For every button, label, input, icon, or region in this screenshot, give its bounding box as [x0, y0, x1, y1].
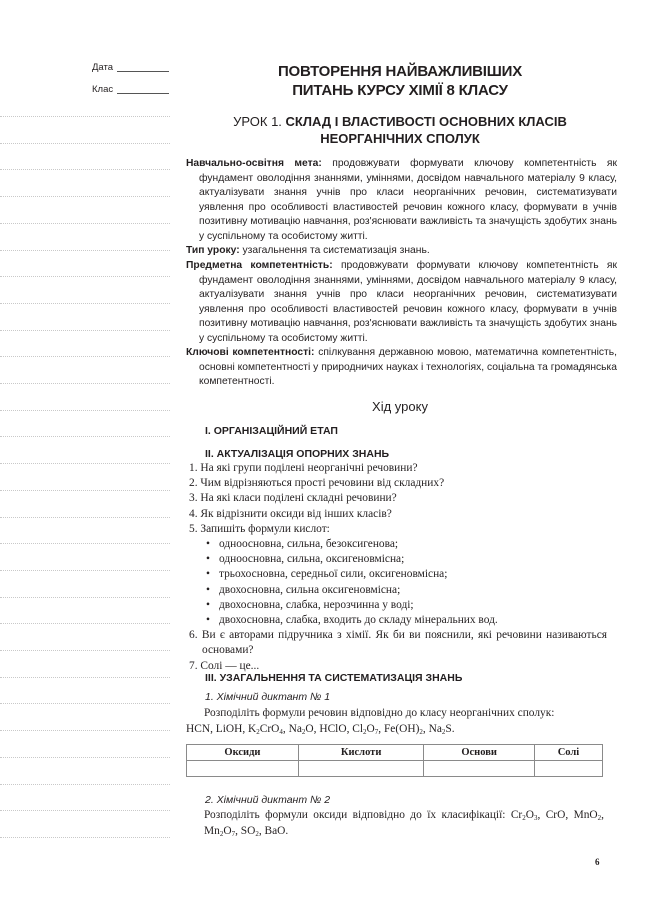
formula: Na2S: [429, 723, 452, 735]
note-line[interactable]: [0, 436, 170, 437]
formula: BaO: [265, 825, 286, 837]
acid-bullet: одноосновна, сильна, оксигеновмісна;: [189, 552, 607, 567]
formula: HCN: [186, 723, 210, 735]
acid-bullet: двохосновна, слабка, нерозчинна у воді;: [189, 598, 607, 613]
title-line-2: ПИТАНЬ КУРСУ ХІМІЇ 8 КЛАСУ: [190, 81, 610, 100]
note-line[interactable]: [0, 303, 170, 304]
note-line[interactable]: [0, 757, 170, 758]
formula: K2CrO4: [248, 723, 283, 735]
goal-text: продовжувати формувати ключову компетент…: [199, 158, 617, 242]
table-header-acids: Кислоти: [298, 745, 424, 761]
subject-text: продовжувати формувати ключову компетент…: [199, 260, 617, 344]
question-item: 5. Запишіть формули кислот:: [189, 522, 607, 537]
goal-label: Навчально-освітня мета:: [186, 158, 322, 169]
note-line[interactable]: [0, 543, 170, 544]
classification-table: Оксиди Кислоти Основи Солі: [186, 744, 603, 777]
lesson-type: Тип уроку: узагальнення та систематизаці…: [186, 244, 617, 259]
note-line[interactable]: [0, 116, 170, 117]
section-heading-1: I. ОРГАНІЗАЦІЙНИЙ ЕТАП: [205, 425, 338, 437]
educational-goal: Навчально-освітня мета: продовжувати фор…: [186, 157, 617, 245]
formula: Mn2O7: [204, 825, 235, 837]
type-text: узагальнення та систематизація знань.: [240, 245, 430, 256]
question-list: 1. На які групи поділені неорганічні реч…: [189, 461, 607, 674]
key-label: Ключові компетентності:: [186, 347, 314, 358]
note-line[interactable]: [0, 383, 170, 384]
note-line[interactable]: [0, 650, 170, 651]
acid-bullet: трьохосновна, середньої сили, оксигеновм…: [189, 567, 607, 582]
question-item: 6. Ви є авторами підручника з хімії. Як …: [189, 628, 607, 658]
acid-bullet: двохосновна, слабка, входить до складу м…: [189, 613, 607, 628]
lesson-title-line-2: НЕОРГАНІЧНИХ СПОЛУК: [320, 131, 480, 146]
table-header-oxides: Оксиди: [187, 745, 299, 761]
class-blank[interactable]: [117, 93, 169, 94]
dictation-1-formulas: HCN, LiOH, K2CrO4, Na2O, HClO, Cl2O7, Fe…: [186, 722, 604, 738]
note-line[interactable]: [0, 463, 170, 464]
note-line[interactable]: [0, 810, 170, 811]
type-label: Тип уроку:: [186, 245, 240, 256]
table-row: [187, 761, 603, 777]
note-line[interactable]: [0, 784, 170, 785]
date-label: Дата: [92, 62, 113, 73]
acid-bullet: одноосновна, сильна, безоксигенова;: [189, 537, 607, 552]
note-line[interactable]: [0, 677, 170, 678]
note-line[interactable]: [0, 169, 170, 170]
subject-label: Предметна компетентність:: [186, 260, 333, 271]
note-line[interactable]: [0, 356, 170, 357]
lesson-title-line-1: СКЛАД І ВЛАСТИВОСТІ ОСНОВНИХ КЛАСІВ: [286, 114, 567, 129]
margin-note-lines: [0, 0, 175, 900]
note-line[interactable]: [0, 517, 170, 518]
acid-bullet: двохосновна, сильна оксигеновмісна;: [189, 583, 607, 598]
lesson-prefix: УРОК 1.: [233, 114, 282, 129]
note-line[interactable]: [0, 730, 170, 731]
question-item: 3. На які класи поділені складні речовин…: [189, 491, 607, 506]
note-line[interactable]: [0, 597, 170, 598]
formula: Cl2O7: [352, 723, 378, 735]
table-header-row: Оксиди Кислоти Основи Солі: [187, 745, 603, 761]
page-number: 6: [595, 857, 600, 867]
section-heading-3: III. УЗАГАЛЬНЕННЯ ТА СИСТЕМАТИЗАЦІЯ ЗНАН…: [205, 672, 462, 684]
class-field[interactable]: Клас: [92, 84, 169, 95]
key-competences: Ключові компетентності: спілкування держ…: [186, 346, 617, 390]
dictation-2-text: Розподіліть формули оксиди відповідно до…: [186, 808, 604, 840]
subject-competence: Предметна компетентність: продовжувати ф…: [186, 259, 617, 347]
note-line[interactable]: [0, 623, 170, 624]
formula: CrO: [546, 809, 566, 821]
question-item: 4. Як відрізнити оксиди від інших класів…: [189, 507, 607, 522]
dictation-1-instruction: Розподіліть формули речовин відповідно д…: [186, 706, 604, 722]
section-heading-2: II. АКТУАЛІЗАЦІЯ ОПОРНИХ ЗНАНЬ: [205, 448, 389, 460]
note-line[interactable]: [0, 143, 170, 144]
table-cell-acids[interactable]: [298, 761, 424, 777]
note-line[interactable]: [0, 570, 170, 571]
note-line[interactable]: [0, 703, 170, 704]
note-line[interactable]: [0, 196, 170, 197]
note-line[interactable]: [0, 837, 170, 838]
dictation-1-task: Розподіліть формули речовин відповідно д…: [186, 706, 604, 738]
note-line[interactable]: [0, 410, 170, 411]
table-cell-salts[interactable]: [534, 761, 602, 777]
formula: MnO2: [574, 809, 602, 821]
note-line[interactable]: [0, 250, 170, 251]
question-item: 1. На які групи поділені неорганічні реч…: [189, 461, 607, 476]
table-header-bases: Основи: [424, 745, 535, 761]
lesson-title: УРОК 1. СКЛАД І ВЛАСТИВОСТІ ОСНОВНИХ КЛА…: [190, 113, 610, 147]
note-line[interactable]: [0, 276, 170, 277]
formula: SO2: [241, 825, 259, 837]
table-cell-bases[interactable]: [424, 761, 535, 777]
dictation-1-title: 1. Хімічний диктант № 1: [205, 691, 330, 703]
formula: Fe(OH)2: [384, 723, 423, 735]
formula: LiOH: [216, 723, 243, 735]
note-line[interactable]: [0, 330, 170, 331]
date-field[interactable]: Дата: [92, 62, 169, 73]
date-blank[interactable]: [117, 71, 169, 72]
page-title: ПОВТОРЕННЯ НАЙВАЖЛИВІШИХ ПИТАНЬ КУРСУ ХІ…: [190, 62, 610, 100]
question-item: 2. Чим відрізняються прості речовини від…: [189, 476, 607, 491]
table-cell-oxides[interactable]: [187, 761, 299, 777]
course-title: Хід уроку: [190, 399, 610, 414]
note-line[interactable]: [0, 490, 170, 491]
formula: Na2O: [289, 723, 314, 735]
note-line[interactable]: [0, 223, 170, 224]
formula: Cr2O3: [511, 809, 538, 821]
dictation-2-task: Розподіліть формули оксиди відповідно до…: [186, 808, 604, 840]
title-line-1: ПОВТОРЕННЯ НАЙВАЖЛИВІШИХ: [190, 62, 610, 81]
table-header-salts: Солі: [534, 745, 602, 761]
formula: HClO: [319, 723, 346, 735]
class-label: Клас: [92, 84, 113, 95]
dictation-2-title: 2. Хімічний диктант № 2: [205, 794, 330, 806]
